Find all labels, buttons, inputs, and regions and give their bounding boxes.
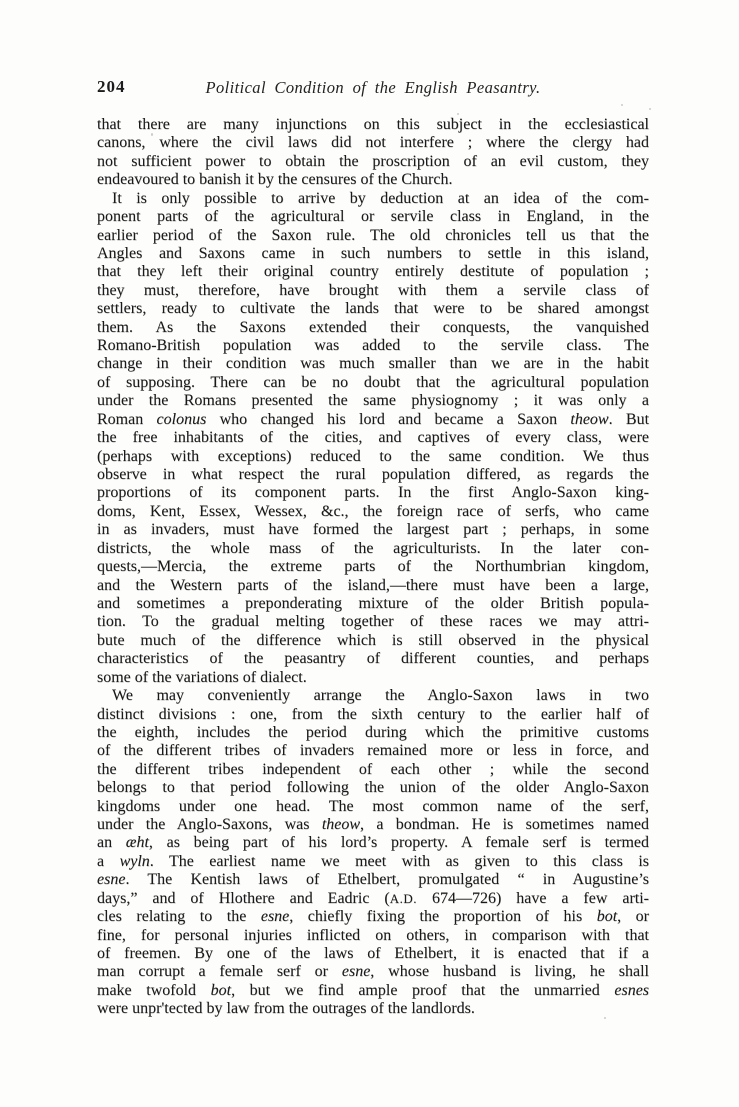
text-line: endeavoured to banish it by the censures… — [97, 171, 649, 189]
scan-artifact — [151, 133, 153, 136]
text-line: and sometimes a preponderating mixture o… — [97, 595, 649, 613]
text-line: observe in what respect the rural popula… — [97, 466, 649, 484]
text-line: that they left their original country en… — [97, 263, 649, 281]
text-line: Romano-British population was added to t… — [97, 337, 649, 355]
text-line: esne. The Kentish laws of Ethelbert, pro… — [97, 871, 649, 889]
scan-artifact — [457, 113, 459, 115]
book-page: 204 Political Condition of the English P… — [0, 0, 739, 1107]
text-line: man corrupt a female serf or esne, whose… — [97, 963, 649, 981]
text-line: change in their condition was much small… — [97, 355, 649, 373]
text-line: characteristics of the peasantry of diff… — [97, 650, 649, 668]
text-line: not sufficient power to obtain the prosc… — [97, 153, 649, 171]
text-line: under the Anglo-Saxons, was theow, a bon… — [97, 816, 649, 834]
text-line: make twofold bot, but we find ample proo… — [97, 982, 649, 1000]
text-line: in as invaders, must have formed the lar… — [97, 521, 649, 539]
text-line: quests,—Mercia, the extreme parts of the… — [97, 558, 649, 576]
text-line: fine, for personal injuries inflicted on… — [97, 927, 649, 945]
text-line: the free inhabitants of the cities, and … — [97, 429, 649, 447]
text-line: tion. To the gradual melting together of… — [97, 613, 649, 631]
text-line: Angles and Saxons came in such numbers t… — [97, 245, 649, 263]
text-line: ponent parts of the agricultural or serv… — [97, 208, 649, 226]
text-line: under the Romans presented the same phys… — [97, 392, 649, 410]
text-line: the eighth, includes the period during w… — [97, 724, 649, 742]
text-line: cles relating to the esne, chiefly fixin… — [97, 908, 649, 926]
text-line: It is only possible to arrive by deducti… — [97, 190, 649, 208]
scan-artifact — [621, 104, 623, 106]
text-line: of supposing. There can be no doubt that… — [97, 374, 649, 392]
text-line: they must, therefore, have brought with … — [97, 282, 649, 300]
text-line: We may conveniently arrange the Anglo-Sa… — [97, 687, 649, 705]
text-line: the different tribes independent of each… — [97, 761, 649, 779]
text-line: were unpr'tected by law from the outrage… — [97, 1000, 649, 1018]
text-line: Roman colonus who changed his lord and b… — [97, 411, 649, 429]
running-title: Political Condition of the English Peasa… — [97, 78, 649, 98]
text-line: a wyln. The earliest name we meet with a… — [97, 853, 649, 871]
text-line: and the Western parts of the island,—the… — [97, 577, 649, 595]
text-line: them. As the Saxons extended their conqu… — [97, 319, 649, 337]
text-line: of freemen. By one of the laws of Ethelb… — [97, 945, 649, 963]
text-line: canons, where the civil laws did not int… — [97, 134, 649, 152]
text-line: an æht, as being part of his lord’s prop… — [97, 834, 649, 852]
text-line: that there are many injunctions on this … — [97, 116, 649, 134]
page-body: that there are many injunctions on this … — [97, 116, 649, 1019]
scan-artifact — [649, 108, 651, 110]
text-line: some of the variations of dialect. — [97, 669, 649, 687]
text-line: districts, the whole mass of the agricul… — [97, 540, 649, 558]
text-line: (perhaps with exceptions) reduced to the… — [97, 448, 649, 466]
text-line: belongs to that period following the uni… — [97, 779, 649, 797]
text-line: distinct divisions : one, from the sixth… — [97, 706, 649, 724]
text-line: days,” and of Hlothere and Eadric (A.D. … — [97, 890, 649, 908]
text-line: settlers, ready to cultivate the lands t… — [97, 300, 649, 318]
text-line: proportions of its component parts. In t… — [97, 484, 649, 502]
text-line: kingdoms under one head. The most common… — [97, 798, 649, 816]
text-line: doms, Kent, Essex, Wessex, &c., the fore… — [97, 503, 649, 521]
text-line: of the different tribes of invaders rema… — [97, 742, 649, 760]
text-line: earlier period of the Saxon rule. The ol… — [97, 227, 649, 245]
scan-artifact — [604, 1017, 606, 1019]
text-line: bute much of the difference which is sti… — [97, 632, 649, 650]
